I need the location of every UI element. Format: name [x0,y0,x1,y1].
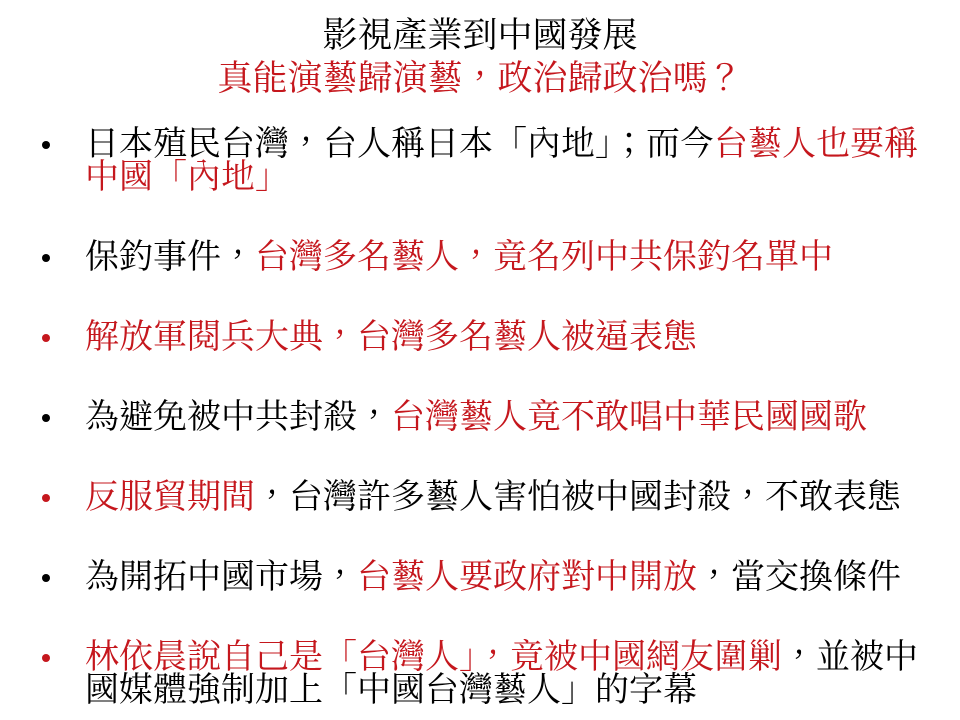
bullet-text: 為避免被中共封殺，台灣藝人竟不敢唱中華民國國歌 [85,401,941,434]
text-segment-black: ，台灣許多藝人害怕被中國封殺，不敢表態 [255,479,901,516]
text-segment-red: 反服貿期間 [85,479,255,516]
presentation-slide: 影視產業到中國發展 真能演藝歸演藝，政治歸政治嗎？ 日本殖民台灣，台人稱日本「內… [0,0,960,720]
bullet-text: 林依晨說自己是「台灣人」，竟被中國網友圍剿，並被中國媒體強制加上「中國台灣藝人」… [85,641,941,707]
text-segment-black: 日本殖民台灣，台人稱日本「內地」；而今 [85,126,714,163]
bullet-marker [42,574,50,582]
text-segment-red: 林依晨說自己是「台灣人」，竟被中國網友圍剿 [85,639,782,676]
bullet-list: 日本殖民台灣，台人稱日本「內地」；而今台藝人也要稱中國「內地」保釣事件，台灣多名… [0,128,960,707]
text-segment-red: 解放軍閱兵大典，台灣多名藝人被逼表態 [85,319,697,356]
bullet-marker [42,254,50,262]
bullet-item-1: 日本殖民台灣，台人稱日本「內地」；而今台藝人也要稱中國「內地」 [38,128,941,194]
bullet-marker [42,494,50,502]
text-segment-black: 為開拓中國市場， [85,559,357,596]
bullet-marker [42,414,50,422]
bullet-item-7: 林依晨說自己是「台灣人」，竟被中國網友圍剿，並被中國媒體強制加上「中國台灣藝人」… [38,641,941,707]
text-segment-black: 為避免被中共封殺， [85,399,391,436]
bullet-item-2: 保釣事件，台灣多名藝人，竟名列中共保釣名單中 [38,241,941,274]
bullet-text: 反服貿期間，台灣許多藝人害怕被中國封殺，不敢表態 [85,481,941,514]
slide-title: 影視產業到中國發展 [0,14,960,58]
bullet-marker [42,334,50,342]
bullet-item-6: 為開拓中國市場，台藝人要政府對中開放，當交換條件 [38,561,941,594]
slide-subtitle: 真能演藝歸演藝，政治歸政治嗎？ [0,58,960,100]
bullet-item-5: 反服貿期間，台灣許多藝人害怕被中國封殺，不敢表態 [38,481,941,514]
bullet-text: 解放軍閱兵大典，台灣多名藝人被逼表態 [85,321,941,354]
bullet-text: 日本殖民台灣，台人稱日本「內地」；而今台藝人也要稱中國「內地」 [85,128,941,194]
text-segment-black: ，當交換條件 [697,559,901,596]
bullet-marker [42,654,50,662]
bullet-item-4: 為避免被中共封殺，台灣藝人竟不敢唱中華民國國歌 [38,401,941,434]
text-segment-red: 台灣多名藝人，竟名列中共保釣名單中 [255,239,833,276]
bullet-item-3: 解放軍閱兵大典，台灣多名藝人被逼表態 [38,321,941,354]
bullet-marker [42,141,50,149]
bullet-text: 為開拓中國市場，台藝人要政府對中開放，當交換條件 [85,561,941,594]
text-segment-black: 保釣事件， [85,239,255,276]
text-segment-red: 台灣藝人竟不敢唱中華民國國歌 [391,399,867,436]
bullet-text: 保釣事件，台灣多名藝人，竟名列中共保釣名單中 [85,241,941,274]
text-segment-red: 台藝人要政府對中開放 [357,559,697,596]
